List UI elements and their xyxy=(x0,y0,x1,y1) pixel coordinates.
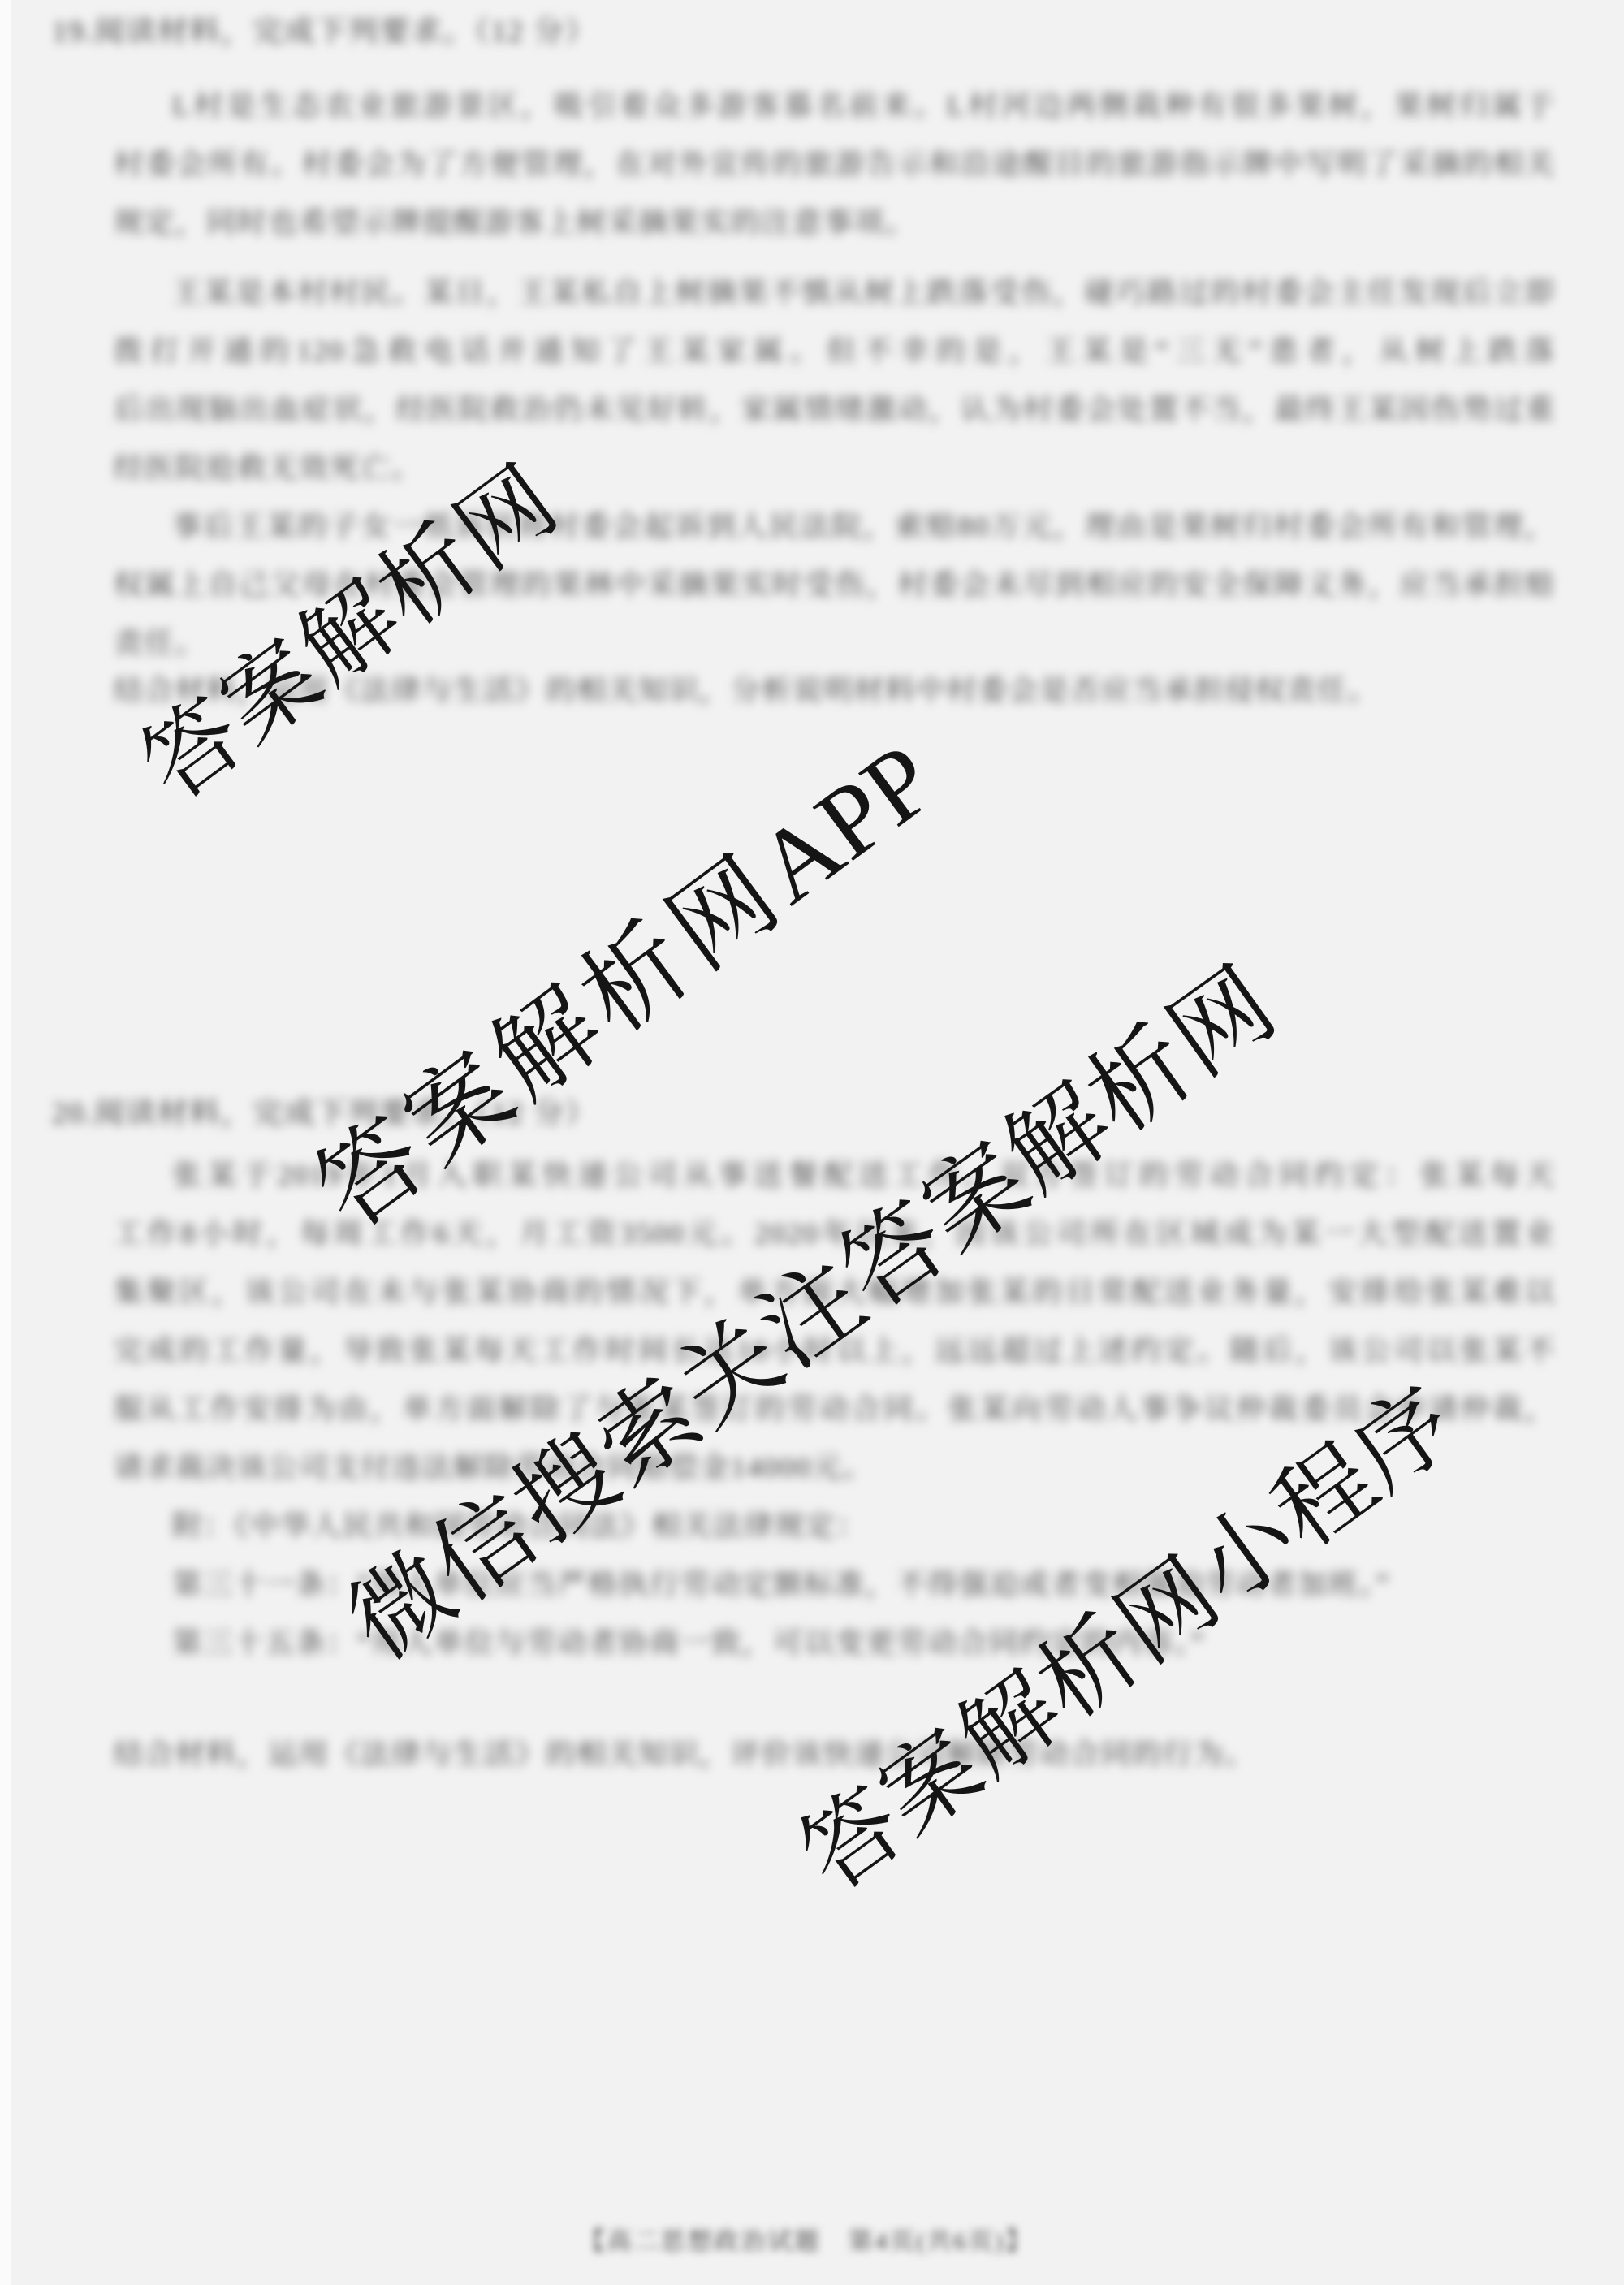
page-footer: 【高二思想政治试题 第4页(共6页)】 xyxy=(581,2228,1033,2256)
q19-para3-line-3: 责任。 xyxy=(114,627,206,661)
q19-para3-line-1: 事后王某的子女一纸诉状将村委会起诉到人民法院，索赔80万元，理由是果树归村委会所… xyxy=(172,510,1556,544)
scan-left-edge xyxy=(0,0,11,2285)
q19-para2-line-1: 王某是本村村民。某日，王某私自上树摘果不慎从树上跌落受伤，碰巧路过的村委会主任发… xyxy=(172,276,1556,310)
q20-closing-instruction: 结合材料，运用《法律与生活》的相关知识，评价该快递公司解除劳动合同的行为。 xyxy=(114,1738,1255,1772)
scanned-exam-page: 19.阅读材料，完成下列要求。（12 分） L村是生态农业旅游景区，吸引着众多游… xyxy=(0,0,1624,2285)
q19-para1-line-2: 村委会所有。村委会为了方便管理，在对外宣传的旅游告示和沿途醒目的旅游指示牌中写明… xyxy=(114,148,1556,182)
q19-para2-line-2: 拨打开通的120急救电话并通知了王某家属。但不幸的是，王某是“三无”患者，从树上… xyxy=(114,335,1556,369)
q19-para2-line-4: 经医院抢救无效死亡。 xyxy=(114,451,422,486)
q19-header: 19.阅读材料，完成下列要求。（12 分） xyxy=(52,16,597,50)
q19-para1-line-3: 规定，同时也希望示牌提醒游客上树采摘果实的注意事项。 xyxy=(114,206,916,240)
q19-para2-line-3: 后出现脑出血症状，经医院救治仍未见好转，家属情绪激动，认为村委会处置不当，最终王… xyxy=(114,393,1556,427)
q19-para1-line-1: L村是生态农业旅游景区，吸引着众多游客慕名前来。L村河边两侧栽种有很多果树，果树… xyxy=(172,89,1556,123)
